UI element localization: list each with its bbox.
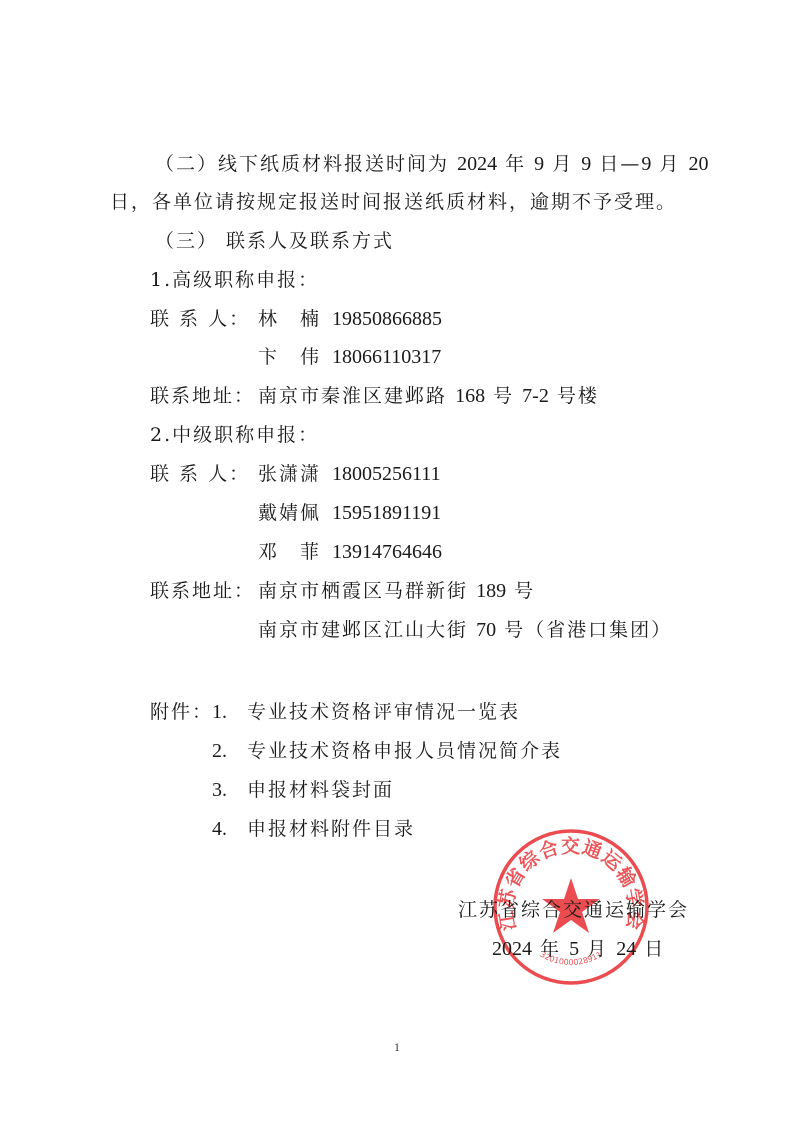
attachment-title: 专业技术资格申报人员情况简介表: [247, 740, 562, 762]
attachment-row: 2.专业技术资格申报人员情况简介表: [212, 739, 562, 763]
senior-heading: 1.高级职称申报：: [150, 268, 319, 292]
address-number: 70: [476, 619, 496, 641]
intermediate-heading: 2.中级职称申报：: [150, 423, 319, 447]
senior-address-row: 联系地址：南京市秦淮区建邺路 168 号 7-2 号楼: [150, 384, 599, 408]
intermediate-contact-row: 邓 菲 13914764646: [258, 540, 442, 564]
intermediate-address-row: 联系地址：南京市栖霞区马群新街 189 号: [150, 579, 535, 603]
signature-organization: 江苏省综合交通运输学会: [458, 898, 689, 922]
text: 日，各单位请按规定报送时间报送纸质材料，逾期不予受理。: [110, 191, 677, 213]
text: 年: [540, 938, 561, 960]
contact-name: 邓 菲: [258, 540, 324, 564]
text: 年: [505, 153, 526, 175]
senior-contact-row: 联 系 人：林 楠 19850866885: [150, 307, 442, 331]
signature-date: 2024 年 5 月 24 日: [492, 937, 665, 961]
section-heading-contacts: （三） 联系人及联系方式: [155, 229, 394, 253]
address-number: 7-2: [522, 385, 549, 407]
address-label: 联系地址：: [150, 384, 258, 408]
address-label: 联系地址：: [150, 579, 258, 603]
address-text: 号楼: [557, 385, 599, 407]
contact-phone: 13914764646: [332, 541, 442, 563]
text: 日: [644, 938, 665, 960]
address-text: 号: [514, 580, 535, 602]
attachment-row: 附件：1.专业技术资格评审情况一览表: [150, 700, 520, 724]
attachment-row: 4.申报材料附件目录: [212, 817, 415, 841]
attachment-row: 3.申报材料袋封面: [212, 778, 394, 802]
intermediate-address-row: 南京市建邺区江山大街 70 号（省港口集团）: [258, 618, 672, 642]
address-text: 南京市建邺区江山大街: [258, 619, 468, 641]
address-text: 号（省港口集团）: [504, 619, 672, 641]
attachment-title: 申报材料附件目录: [247, 818, 415, 840]
text: 月: [552, 153, 573, 175]
intermediate-contact-row: 联 系 人：张潇潇 18005256111: [150, 462, 441, 486]
contact-name: 卞 伟: [258, 345, 324, 369]
attachments-label: 附件：: [150, 700, 212, 724]
attachment-number: 2.: [212, 739, 247, 763]
contact-label: 联 系 人：: [150, 307, 258, 331]
month: 5: [569, 938, 579, 960]
attachment-title: 申报材料袋封面: [247, 779, 394, 801]
contact-name: 张潇潇: [258, 462, 324, 486]
text: 江苏省综合交通运输学会: [458, 899, 689, 921]
contact-phone: 18066110317: [332, 346, 441, 368]
text: 日—: [599, 153, 641, 175]
attachment-number: 4.: [212, 817, 247, 841]
year: 2024: [457, 153, 497, 175]
month: 9: [641, 153, 651, 175]
day: 20: [688, 153, 708, 175]
text: （三） 联系人及联系方式: [155, 230, 394, 252]
paragraph-submission-time-line2: 日，各单位请按规定报送时间报送纸质材料，逾期不予受理。: [110, 190, 677, 214]
address-text: 南京市栖霞区马群新街: [258, 580, 468, 602]
text: 月: [587, 938, 608, 960]
attachment-number: 3.: [212, 778, 247, 802]
day: 9: [581, 153, 591, 175]
contact-label: 联 系 人：: [150, 462, 258, 486]
contact-phone: 18005256111: [332, 463, 441, 485]
text: 月: [659, 153, 680, 175]
contact-name: 林 楠: [258, 307, 324, 331]
month: 9: [534, 153, 544, 175]
contact-name: 戴婧佩: [258, 501, 324, 525]
attachment-number: 1.: [212, 700, 247, 724]
text: 1.高级职称申报：: [150, 269, 319, 291]
address-text: 号: [493, 385, 514, 407]
text: 2.中级职称申报：: [150, 424, 319, 446]
contact-phone: 15951891191: [332, 502, 441, 524]
senior-contact-row: 卞 伟 18066110317: [258, 345, 441, 369]
page-number: 1: [394, 1040, 400, 1055]
intermediate-contact-row: 戴婧佩 15951891191: [258, 501, 441, 525]
address-text: 南京市秦淮区建邺路: [258, 385, 447, 407]
day: 24: [616, 938, 636, 960]
address-number: 189: [476, 580, 506, 602]
contact-phone: 19850866885: [332, 308, 442, 330]
year: 2024: [492, 938, 532, 960]
attachment-title: 专业技术资格评审情况一览表: [247, 701, 520, 723]
address-number: 168: [455, 385, 485, 407]
paragraph-submission-time-line1: （二）线下纸质材料报送时间为 2024 年 9 月 9 日—9 月 20: [155, 152, 708, 176]
text: （二）线下纸质材料报送时间为: [155, 153, 449, 175]
